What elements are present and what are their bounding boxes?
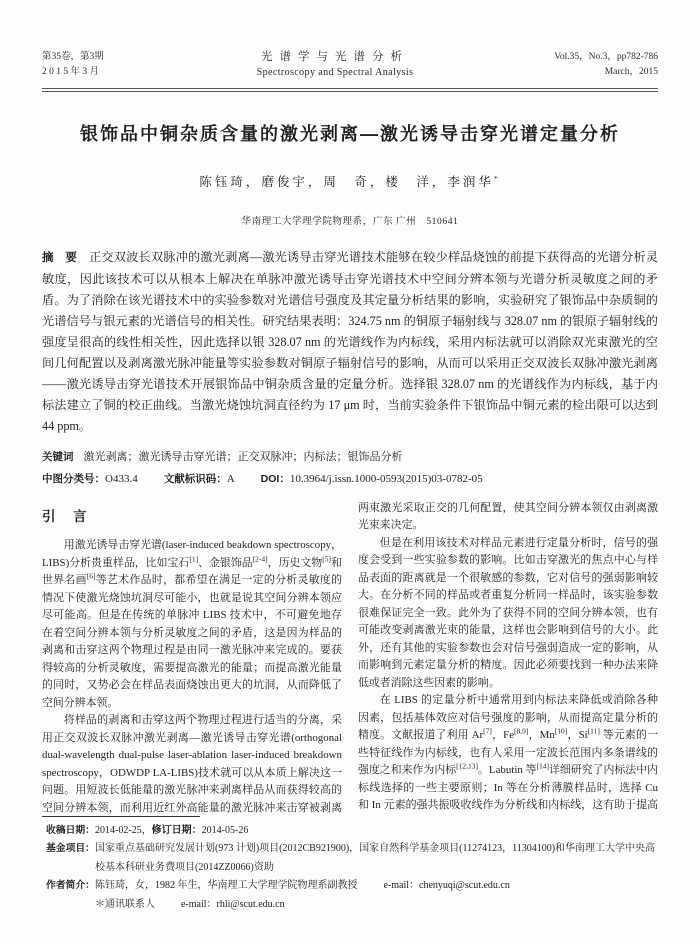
received-label: 收稿日期： xyxy=(46,822,95,841)
corresponding-text: ＊通讯联系人 xyxy=(95,899,155,910)
clc-value: O433.4 xyxy=(105,473,138,485)
biography-label: 作者简介： xyxy=(46,877,95,896)
issue-date-cn: 2 0 1 5 年 3 月 xyxy=(42,65,162,80)
paragraph: 将样品的剥离和击穿这两个物理过程进行适当的分离，采用正交双波长双脉冲激光剥离—激… xyxy=(42,712,342,832)
journal-name: 光谱学与光谱分析 Spectroscopy and Spectral Analy… xyxy=(162,50,508,80)
footnote-received: 收稿日期： 2014-02-25，修订日期：2014-05-26 xyxy=(42,822,658,841)
biography-content: 陈钰琦，女，1982 年生，华南理工大学理学院物理系副教授e-mail：chen… xyxy=(95,877,658,914)
issue-info-en: Vol.35，No.3，pp782-786 March，2015 xyxy=(508,50,658,80)
doc-code-label: 文献标识码： xyxy=(164,473,227,485)
issue-date-en: March，2015 xyxy=(508,65,658,80)
abstract-text: 正交双波长双脉冲的激光剥离—激光诱导击穿光谱技术能够在较少样品烧蚀的前提下获得高… xyxy=(42,250,658,433)
footnote-divider xyxy=(42,816,200,817)
author-email: e-mail：chenyuqi@scut.edu.cn xyxy=(383,880,509,891)
journal-name-en: Spectroscopy and Spectral Analysis xyxy=(162,65,508,80)
header-divider xyxy=(42,88,658,92)
footnote-funding: 基金项目： 国家重点基础研究发展计划(973 计划)项目(2012CB92190… xyxy=(42,840,658,877)
right-column: 两束激光采取正交的几何配置，使其空间分辨本领仅由剥离激光束来决定。 但是在利用该… xyxy=(358,500,658,832)
abstract-block: 摘 要正交双波长双脉冲的激光剥离—激光诱导击穿光谱技术能够在较少样品烧蚀的前提下… xyxy=(42,247,658,437)
paragraph: 用激光诱导击穿光谱(laser-induced beakdown spectro… xyxy=(42,537,342,712)
doi-value: 10.3964/j.issn.1000-0593(2015)03-0782-05 xyxy=(290,473,483,485)
section-heading-introduction: 引 言 xyxy=(42,508,342,526)
keywords-line: 关键词激光剥离；激光诱导击穿光谱；正交双脉冲；内标法；银饰品分析 xyxy=(42,448,658,464)
received-dates: 2014-02-25，修订日期：2014-05-26 xyxy=(95,822,658,841)
corresponding-line: ＊通讯联系人e-mail：rhli@scut.edu.cn xyxy=(95,896,658,915)
journal-name-cn: 光谱学与光谱分析 xyxy=(162,50,508,65)
doi-label: DOI： xyxy=(261,473,290,485)
clc-label: 中图分类号： xyxy=(42,473,105,485)
left-column: 引 言 用激光诱导击穿光谱(laser-induced beakdown spe… xyxy=(42,500,342,832)
corresponding-email: e-mail：rhli@scut.edu.cn xyxy=(181,899,285,910)
journal-header: 第35卷，第3期 2 0 1 5 年 3 月 光谱学与光谱分析 Spectros… xyxy=(42,50,658,80)
issue-info-cn: 第35卷，第3期 2 0 1 5 年 3 月 xyxy=(42,50,162,80)
paragraph: 在 LIBS 的定量分析中通常用到内标法来降低或消除各种因素，包括基体效应对信号… xyxy=(358,692,658,832)
article-title: 银饰品中铜杂质含量的激光剥离—激光诱导击穿光谱定量分析 xyxy=(42,120,658,146)
classification-line: 中图分类号：O433.4文献标识码：ADOI：10.3964/j.issn.10… xyxy=(42,471,658,486)
keywords-label: 关键词 xyxy=(42,451,74,463)
footnote-block: 收稿日期： 2014-02-25，修订日期：2014-05-26 基金项目： 国… xyxy=(42,816,658,915)
paragraph: 但是在利用该技术对样品元素进行定量分析时，信号的强度会受到一些实验参数的影响。比… xyxy=(358,535,658,693)
keywords-text: 激光剥离；激光诱导击穿光谱；正交双脉冲；内标法；银饰品分析 xyxy=(84,451,403,463)
funding-text: 国家重点基础研究发展计划(973 计划)项目(2012CB921900)，国家自… xyxy=(95,840,658,877)
paragraph: 两束激光采取正交的几何配置，使其空间分辨本领仅由剥离激光束来决定。 xyxy=(358,500,658,535)
journal-page: 第35卷，第3期 2 0 1 5 年 3 月 光谱学与光谱分析 Spectros… xyxy=(0,0,700,946)
body-columns: 引 言 用激光诱导击穿光谱(laser-induced beakdown spe… xyxy=(42,500,658,832)
footnote-biography: 作者简介： 陈钰琦，女，1982 年生，华南理工大学理学院物理系副教授e-mai… xyxy=(42,877,658,914)
biography-line: 陈钰琦，女，1982 年生，华南理工大学理学院物理系副教授e-mail：chen… xyxy=(95,877,658,896)
affiliation: 华南理工大学理学院物理系，广东 广州 510641 xyxy=(42,213,658,227)
author-list: 陈钰琦，磨俊宇，周 奇，楼 洋，李润华* xyxy=(42,172,658,190)
volume-pages-en: Vol.35，No.3，pp782-786 xyxy=(508,50,658,65)
biography-text: 陈钰琦，女，1982 年生，华南理工大学理学院物理系副教授 xyxy=(95,880,358,891)
doc-code-value: A xyxy=(227,473,235,485)
funding-label: 基金项目： xyxy=(46,840,95,859)
volume-issue-cn: 第35卷，第3期 xyxy=(42,50,162,65)
abstract-label: 摘 要 xyxy=(42,252,77,264)
